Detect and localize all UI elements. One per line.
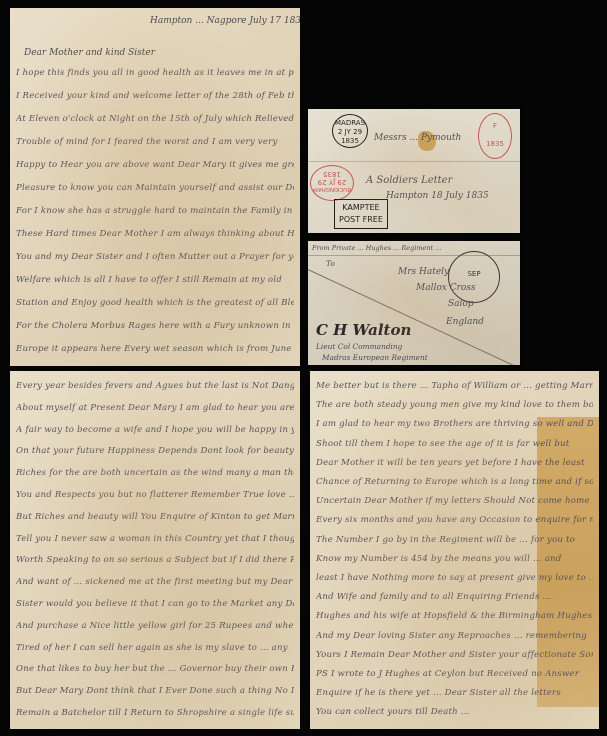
handwritten-line: Sister would you believe it that I can g…	[16, 599, 294, 609]
handwritten-line: Trouble of mind for I feared the worst a…	[16, 137, 294, 147]
to-label: To	[326, 259, 335, 268]
endorsement-place-date: Hampton 18 July 1835	[386, 191, 489, 201]
handwritten-line: For the Cholera Morbus Rages here with a…	[16, 321, 294, 331]
envelope-address-side: From Private ... Hughes ... Regiment ...…	[308, 241, 520, 365]
handwritten-line: Tired of her I can sell her again as she…	[16, 643, 294, 653]
letter-page-3: Every year besides fevers and Agues but …	[10, 371, 300, 729]
handwritten-line: Uncertain Dear Mother if my letters Shou…	[316, 496, 593, 506]
handwritten-line: I hope this finds you all in good health…	[16, 68, 294, 78]
handwritten-line: Tell you I never saw a woman in this Cou…	[16, 534, 294, 544]
handwritten-line: And my Dear loving Sister any Reproaches…	[316, 631, 593, 641]
handwritten-line: Europe it appears here Every wet season …	[16, 344, 294, 354]
handwritten-line: Worth Speaking to on so serious a Subjec…	[16, 555, 294, 565]
kamptee-post-free-stamp: KAMPTEE POST FREE	[334, 199, 388, 229]
sep-postmark: SEP	[448, 251, 500, 303]
handwritten-line: On that your future Happiness Depends Do…	[16, 446, 294, 456]
address-line-3: Salop	[448, 299, 474, 309]
handwritten-line: You and Respects you but no flatterer Re…	[16, 490, 294, 500]
madras-postmark: MADRAS 2 JY 29 1835	[332, 114, 368, 148]
address-line-2: Mallox Cross	[416, 283, 476, 293]
red-postmark-top: F 1835	[478, 113, 512, 159]
handwritten-line: For I know she has a struggle hard to ma…	[16, 206, 294, 216]
handwritten-line: The are both steady young men give my ki…	[316, 400, 593, 410]
handwritten-line: Pleasure to know you can Maintain yourse…	[16, 183, 294, 193]
envelope-top-address: Messrs ... Pymouth	[374, 133, 461, 143]
handwritten-line: Know my Number is 454 by the means you w…	[316, 554, 593, 564]
address-line-4: England	[446, 317, 484, 327]
handwritten-line: At Eleven o'clock at Night on the 15th o…	[16, 114, 294, 124]
handwritten-line: Every six months and you have any Occasi…	[316, 515, 593, 525]
handwritten-line: The Number I go by in the Regiment will …	[316, 535, 593, 545]
commanding-officer-signature: C H Walton	[316, 321, 411, 339]
handwritten-line: You can collect yours till Death ...	[316, 707, 593, 717]
signature-title-2: Madras European Regiment	[322, 353, 428, 362]
signature-title-1: Lieut Col Commanding	[316, 342, 402, 351]
handwritten-line: And want of ... sickened me at the first…	[16, 577, 294, 587]
red-postmark-lower: BUCKINGHAM 29 JY 29 1835	[310, 165, 354, 201]
envelope-fold-line	[308, 161, 520, 162]
handwritten-line: Shoot till them I hope to see the age of…	[316, 439, 593, 449]
soldiers-letter-endorsement: A Soldiers Letter	[366, 175, 452, 186]
handwritten-line: Me better but is there ... Tapha of Will…	[316, 381, 593, 391]
handwritten-line: You and my Dear Sister and I often Mutte…	[16, 252, 294, 262]
letter-dateline: Hampton ... Nagpore July 17 1835	[150, 16, 300, 26]
handwritten-line: Enquire if he is there yet ... Dear Sist…	[316, 688, 593, 698]
handwritten-line: Yours I Remain Dear Mother and Sister yo…	[316, 650, 593, 660]
handwritten-line: Dear Mother it will be ten years yet bef…	[316, 458, 593, 468]
handwritten-line: And Wife and family and to all Enquiring…	[316, 592, 593, 602]
handwritten-line: And purchase a Nice little yellow girl f…	[16, 621, 294, 631]
handwritten-line: Station and Enjoy good health which is t…	[16, 298, 294, 308]
envelope-front: MADRAS 2 JY 29 1835 Messrs ... Pymouth F…	[308, 109, 520, 233]
handwritten-line: Welfare which is all I have to offer I s…	[16, 275, 294, 285]
handwritten-line: Chance of Returning to Europe which is a…	[316, 477, 593, 487]
letter-page-1: Hampton ... Nagpore July 17 1835 Dear Mo…	[10, 8, 300, 366]
handwritten-line: least I have Nothing more to say at pres…	[316, 573, 593, 583]
handwritten-line: Hughes and his wife at Hopsfield & the B…	[316, 611, 593, 621]
sender-header: From Private ... Hughes ... Regiment ...	[312, 244, 441, 252]
binding-spine	[300, 371, 310, 729]
handwritten-line: I am glad to hear my two Brothers are th…	[316, 419, 593, 429]
handwritten-line: Every year besides fevers and Agues but …	[16, 381, 294, 391]
handwritten-line: But Riches and beauty will You Enquire o…	[16, 512, 294, 522]
address-line-1: Mrs Hately	[398, 267, 449, 277]
letter-salutation: Dear Mother and kind Sister	[24, 48, 155, 58]
letter-page-4: Me better but is there ... Tapha of Will…	[310, 371, 599, 729]
handwritten-line: One that likes to buy her but the ... Go…	[16, 664, 294, 674]
handwritten-line: Riches for the are both uncertain as the…	[16, 468, 294, 478]
handwritten-line: These Hard times Dear Mother I am always…	[16, 229, 294, 239]
handwritten-line: A fair way to become a wife and I hope y…	[16, 425, 294, 435]
handwritten-line: PS I wrote to J Hughes at Ceylon but Rec…	[316, 669, 593, 679]
handwritten-line: About myself at Present Dear Mary I am g…	[16, 403, 294, 413]
handwritten-line: Happy to Hear you are above want Dear Ma…	[16, 160, 294, 170]
handwritten-line: Remain a Batchelor till I Return to Shro…	[16, 708, 294, 718]
handwritten-line: I Received your kind and welcome letter …	[16, 91, 294, 101]
handwritten-line: But Dear Mary Dont think that I Ever Don…	[16, 686, 294, 696]
